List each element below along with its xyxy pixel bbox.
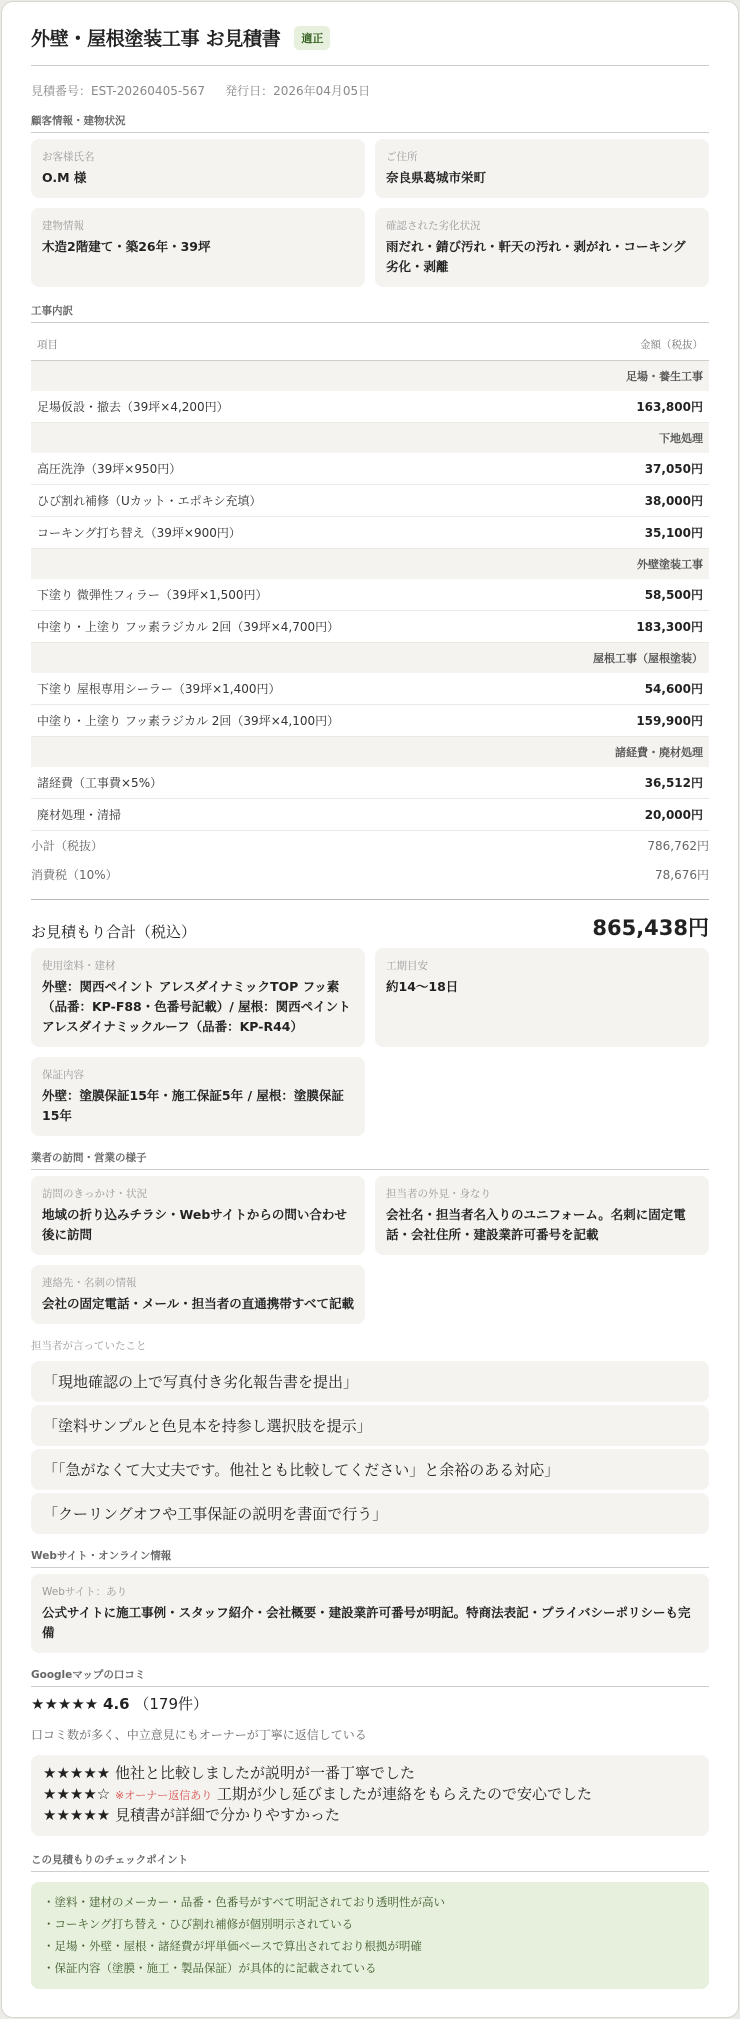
issue-date: 発行日：2026年04月05日	[225, 82, 370, 99]
table-row: 中塗り・上塗り フッ素ラジカル 2回（39坪×4,100円）159,900円	[31, 705, 709, 737]
card-key: お客様氏名	[42, 149, 354, 164]
table-row: 下塗り 屋根専用シーラー（39坪×1,400円）54,600円	[31, 673, 709, 705]
item-amount: 38,000円	[573, 485, 709, 517]
subtotal-value: 786,762円	[647, 837, 709, 854]
card-key: 建物情報	[42, 218, 354, 233]
item-amount: 37,050円	[573, 453, 709, 485]
category-row: 外壁塗装工事	[31, 549, 709, 580]
building-info-card: 建物情報 木造2階建て・築26年・39坪	[31, 208, 365, 287]
card-key: 工期目安	[386, 958, 698, 973]
section-website-label: Webサイト・オンライン情報	[31, 1548, 709, 1568]
section-checkpoints-label: この見積もりのチェックポイント	[31, 1852, 709, 1872]
table-header-row: 項目 金額（税抜）	[31, 329, 709, 361]
customer-name-card: お客様氏名 O.M 様	[31, 139, 365, 198]
card-key: 連絡先・名刺の情報	[42, 1275, 354, 1290]
item-label: 諸経費（工事費×5%）	[31, 767, 573, 799]
item-amount: 35,100円	[573, 517, 709, 549]
visit-grid: 訪問のきっかけ・状況 地域の折り込みチラシ・Webサイトからの問い合わせ後に訪問…	[31, 1176, 709, 1324]
estimate-meta: 見積番号：EST-20260405-567 発行日：2026年04月05日	[31, 82, 709, 99]
card-value: O.M 様	[42, 168, 354, 188]
customer-grid: お客様氏名 O.M 様 ご住所 奈良県葛城市栄町 建物情報 木造2階建て・築26…	[31, 139, 709, 287]
category-label: 屋根工事（屋根塗装）	[31, 643, 709, 674]
table-row: 中塗り・上塗り フッ素ラジカル 2回（39坪×4,700円）183,300円	[31, 611, 709, 643]
item-amount: 183,300円	[573, 611, 709, 643]
card-value: 木造2階建て・築26年・39坪	[42, 237, 354, 257]
tax-value: 78,676円	[655, 866, 709, 883]
card-key: Webサイト：あり	[42, 1584, 698, 1599]
item-label: 下塗り 屋根専用シーラー（39坪×1,400円）	[31, 673, 573, 705]
table-row: 下塗り 微弾性フィラー（39坪×1,500円）58,500円	[31, 579, 709, 611]
col-item: 項目	[31, 329, 573, 361]
card-value: 地域の折り込みチラシ・Webサイトからの問い合わせ後に訪問	[42, 1205, 354, 1245]
star-icons: ★★★★☆	[43, 1785, 110, 1803]
warranty-card: 保証内容 外壁：塗膜保証15年・施工保証5年 / 屋根：塗膜保証15年	[31, 1057, 365, 1136]
card-key: 訪問のきっかけ・状況	[42, 1186, 354, 1201]
review-text: 見積書が詳細で分かりやすかった	[115, 1806, 340, 1824]
page-title: 外壁・屋根塗装工事 お見積書	[31, 24, 280, 51]
item-label: 足場仮設・撤去（39坪×4,200円）	[31, 391, 573, 423]
card-key: 確認された劣化状況	[386, 218, 698, 233]
item-label: 下塗り 微弾性フィラー（39坪×1,500円）	[31, 579, 573, 611]
subtotal-row: 小計（税抜） 786,762円	[31, 831, 709, 860]
tax-label: 消費税（10%）	[31, 866, 118, 883]
checkpoint-item: ・塗料・建材のメーカー・品番・色番号がすべて明記されており透明性が高い	[43, 1892, 697, 1914]
tax-row: 消費税（10%） 78,676円	[31, 860, 709, 889]
appearance-card: 担当者の外見・身なり 会社名・担当者名入りのユニフォーム。名刺に固定電話・会社住…	[375, 1176, 709, 1255]
category-label: 外壁塗装工事	[31, 549, 709, 580]
subtotal-label: 小計（税抜）	[31, 837, 103, 854]
quote-item: 「クーリングオフや工事保証の説明を書面で行う」	[31, 1493, 709, 1534]
card-value: 奈良県葛城市栄町	[386, 168, 698, 188]
total-label: お見積もり合計（税込）	[31, 921, 196, 942]
card-value: 約14〜18日	[386, 977, 698, 997]
category-row: 足場・養生工事	[31, 361, 709, 392]
checkpoint-item: ・足場・外壁・屋根・諸経費が坪単価ベースで算出されており根拠が明確	[43, 1936, 697, 1958]
star-icons: ★★★★★	[31, 1695, 98, 1713]
star-icons: ★★★★★	[43, 1764, 110, 1782]
category-row: 諸経費・廃材処理	[31, 737, 709, 768]
estimate-number: 見積番号：EST-20260405-567	[31, 82, 205, 99]
checkpoint-item: ・コーキング打ち替え・ひび割れ補修が個別明示されている	[43, 1914, 697, 1936]
review-count: （179件）	[134, 1695, 208, 1713]
review-text: 他社と比較しましたが説明が一番丁寧でした	[115, 1764, 415, 1782]
review-item: ★★★★☆ ※オーナー返信あり 工期が少し延びましたが連絡をもらえたので安心でし…	[43, 1784, 697, 1805]
section-visit-label: 業者の訪問・営業の様子	[31, 1150, 709, 1170]
card-value: 外壁：塗膜保証15年・施工保証5年 / 屋根：塗膜保証15年	[42, 1086, 354, 1126]
quote-item: 「塗料サンプルと色見本を持参し選択肢を提示」	[31, 1405, 709, 1446]
card-value: 会社の固定電話・メール・担当者の直通携帯すべて記載	[42, 1294, 354, 1314]
rating-value: 4.6	[103, 1695, 130, 1713]
materials-card: 使用塗料・建材 外壁：関西ペイント アレスダイナミックTOP フッ素（品番：KP…	[31, 948, 365, 1047]
card-key: 保証内容	[42, 1067, 354, 1082]
card-key: ご住所	[386, 149, 698, 164]
visit-trigger-card: 訪問のきっかけ・状況 地域の折り込みチラシ・Webサイトからの問い合わせ後に訪問	[31, 1176, 365, 1255]
section-breakdown-label: 工事内訳	[31, 303, 709, 323]
item-amount: 163,800円	[573, 391, 709, 423]
table-row: 足場仮設・撤去（39坪×4,200円）163,800円	[31, 391, 709, 423]
quote-item: 「「急がなくて大丈夫です。他社とも比較してください」と余裕のある対応」	[31, 1449, 709, 1490]
item-label: 中塗り・上塗り フッ素ラジカル 2回（39坪×4,100円）	[31, 705, 573, 737]
item-amount: 20,000円	[573, 799, 709, 831]
category-label: 諸経費・廃材処理	[31, 737, 709, 768]
deterioration-card: 確認された劣化状況 雨だれ・錆び汚れ・軒天の汚れ・剥がれ・コーキング劣化・剥離	[375, 208, 709, 287]
category-row: 屋根工事（屋根塗装）	[31, 643, 709, 674]
review-text: 工期が少し延びましたが連絡をもらえたので安心でした	[217, 1785, 592, 1803]
section-quotes-label: 担当者が言っていたこと	[31, 1338, 709, 1357]
details-grid: 使用塗料・建材 外壁：関西ペイント アレスダイナミックTOP フッ素（品番：KP…	[31, 948, 709, 1136]
status-badge: 適正	[294, 26, 330, 50]
quote-item: 「現地確認の上で写真付き劣化報告書を提出」	[31, 1361, 709, 1402]
star-icons: ★★★★★	[43, 1806, 110, 1824]
table-row: 高圧洗浄（39坪×950円）37,050円	[31, 453, 709, 485]
section-google-label: Googleマップの口コミ	[31, 1667, 709, 1687]
card-key: 使用塗料・建材	[42, 958, 354, 973]
item-label: コーキング打ち替え（39坪×900円）	[31, 517, 573, 549]
item-amount: 58,500円	[573, 579, 709, 611]
col-amount: 金額（税抜）	[573, 329, 709, 361]
duration-card: 工期目安 約14〜18日	[375, 948, 709, 1047]
total-row: お見積もり合計（税込） 865,438円	[31, 899, 709, 946]
review-item: ★★★★★ 見積書が詳細で分かりやすかった	[43, 1805, 697, 1826]
table-row: コーキング打ち替え（39坪×900円）35,100円	[31, 517, 709, 549]
rating-note: 口コミ数が多く、中立意見にもオーナーが丁寧に返信している	[31, 1726, 709, 1743]
card-value: 外壁：関西ペイント アレスダイナミックTOP フッ素（品番：KP-F88・色番号…	[42, 977, 354, 1037]
quotes-list: 「現地確認の上で写真付き劣化報告書を提出」 「塗料サンプルと色見本を持参し選択肢…	[31, 1361, 709, 1534]
category-label: 下地処理	[31, 423, 709, 454]
table-row: ひび割れ補修（Uカット・エポキシ充填）38,000円	[31, 485, 709, 517]
checkpoints-list: ・塗料・建材のメーカー・品番・色番号がすべて明記されており透明性が高い ・コーキ…	[31, 1882, 709, 1989]
google-rating: ★★★★★ 4.6 （179件）	[31, 1693, 709, 1714]
item-label: ひび割れ補修（Uカット・エポキシ充填）	[31, 485, 573, 517]
estimate-sheet: 外壁・屋根塗装工事 お見積書 適正 見積番号：EST-20260405-567 …	[1, 1, 739, 2018]
item-label: 中塗り・上塗り フッ素ラジカル 2回（39坪×4,700円）	[31, 611, 573, 643]
reviews-list: ★★★★★ 他社と比較しましたが説明が一番丁寧でした ★★★★☆ ※オーナー返信…	[31, 1755, 709, 1836]
item-label: 高圧洗浄（39坪×950円）	[31, 453, 573, 485]
item-amount: 159,900円	[573, 705, 709, 737]
card-value: 会社名・担当者名入りのユニフォーム。名刺に固定電話・会社住所・建設業許可番号を記…	[386, 1205, 698, 1245]
item-amount: 54,600円	[573, 673, 709, 705]
category-row: 下地処理	[31, 423, 709, 454]
contact-info-card: 連絡先・名刺の情報 会社の固定電話・メール・担当者の直通携帯すべて記載	[31, 1265, 365, 1324]
section-customer-label: 顧客情報・建物状況	[31, 113, 709, 133]
item-amount: 36,512円	[573, 767, 709, 799]
table-row: 諸経費（工事費×5%）36,512円	[31, 767, 709, 799]
checkpoint-item: ・保証内容（塗膜・施工・製品保証）が具体的に記載されている	[43, 1958, 697, 1980]
title-row: 外壁・屋根塗装工事 お見積書 適正	[31, 24, 709, 66]
card-value: 公式サイトに施工事例・スタッフ紹介・会社概要・建設業許可番号が明記。特商法表記・…	[42, 1603, 698, 1643]
owner-reply-tag: ※オーナー返信あり	[115, 1789, 212, 1802]
review-item: ★★★★★ 他社と比較しましたが説明が一番丁寧でした	[43, 1763, 697, 1784]
item-label: 廃材処理・清掃	[31, 799, 573, 831]
table-row: 廃材処理・清掃20,000円	[31, 799, 709, 831]
card-value: 雨だれ・錆び汚れ・軒天の汚れ・剥がれ・コーキング劣化・剥離	[386, 237, 698, 277]
total-value: 865,438円	[592, 912, 709, 942]
category-label: 足場・養生工事	[31, 361, 709, 392]
website-card: Webサイト：あり 公式サイトに施工事例・スタッフ紹介・会社概要・建設業許可番号…	[31, 1574, 709, 1653]
estimate-table: 項目 金額（税抜） 足場・養生工事 足場仮設・撤去（39坪×4,200円）163…	[31, 329, 709, 831]
card-key: 担当者の外見・身なり	[386, 1186, 698, 1201]
address-card: ご住所 奈良県葛城市栄町	[375, 139, 709, 198]
